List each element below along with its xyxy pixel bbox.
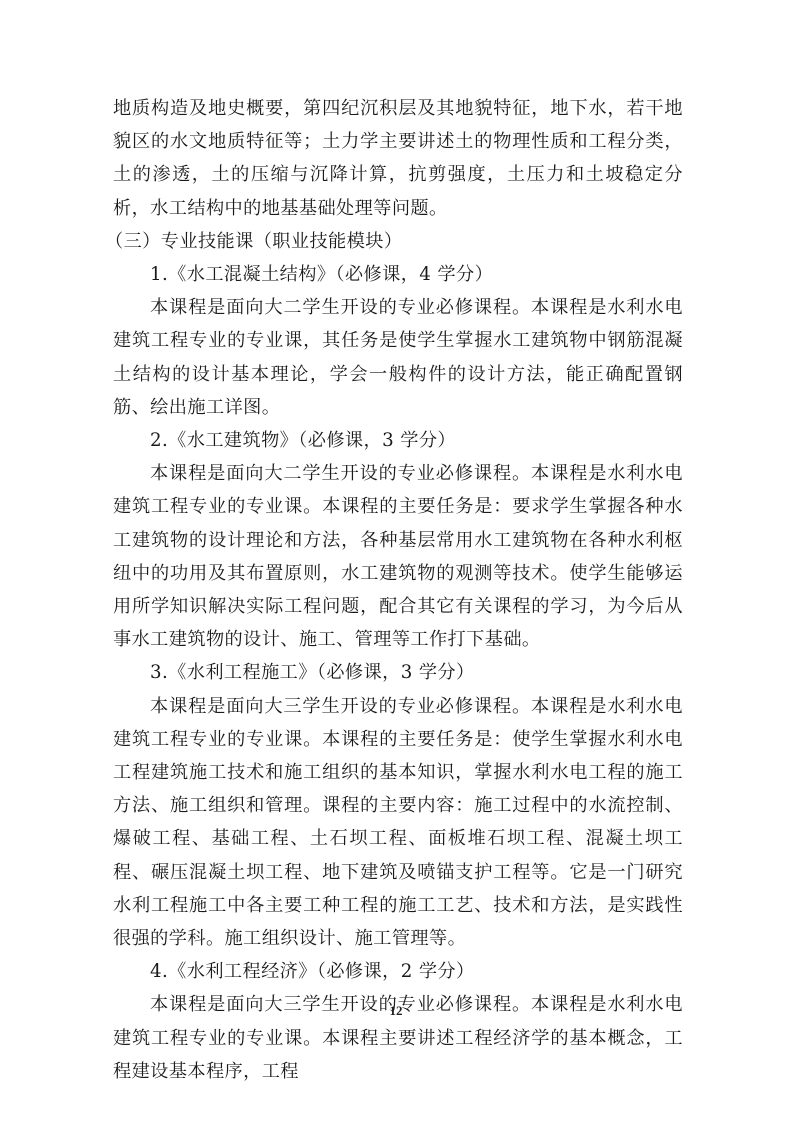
continuation-paragraph: 地质构造及地史概要，第四纪沉积层及其地貌特征，地下水，若干地貌区的水文地质特征等… bbox=[113, 92, 683, 225]
document-page: 地质构造及地史概要，第四纪沉积层及其地貌特征，地下水，若干地貌区的水文地质特征等… bbox=[113, 92, 683, 1088]
course-heading: 1.《水工混凝土结构》（必修课，4 学分） bbox=[113, 258, 683, 291]
course-heading: 3.《水利工程施工》（必修课，3 学分） bbox=[113, 656, 683, 689]
course-item: 4.《水利工程经济》（必修课，2 学分） 本课程是面向大三学生开设的专业必修课程… bbox=[113, 955, 683, 1088]
course-item: 2.《水工建筑物》（必修课，3 学分） 本课程是面向大二学生开设的专业必修课程。… bbox=[113, 424, 683, 656]
course-heading: 2.《水工建筑物》（必修课，3 学分） bbox=[113, 424, 683, 457]
course-heading: 4.《水利工程经济》（必修课，2 学分） bbox=[113, 955, 683, 988]
course-description: 本课程是面向大三学生开设的专业必修课程。本课程是水利水电建筑工程专业的专业课。本… bbox=[113, 690, 683, 956]
course-item: 1.《水工混凝土结构》（必修课，4 学分） 本课程是面向大二学生开设的专业必修课… bbox=[113, 258, 683, 424]
section-heading: （三）专业技能课（职业技能模块） bbox=[113, 225, 683, 258]
course-description: 本课程是面向大二学生开设的专业必修课程。本课程是水利水电建筑工程专业的专业课，其… bbox=[113, 291, 683, 424]
page-number: 12 bbox=[0, 1003, 792, 1019]
course-item: 3.《水利工程施工》（必修课，3 学分） 本课程是面向大三学生开设的专业必修课程… bbox=[113, 656, 683, 955]
course-description: 本课程是面向大二学生开设的专业必修课程。本课程是水利水电建筑工程专业的专业课。本… bbox=[113, 457, 683, 656]
